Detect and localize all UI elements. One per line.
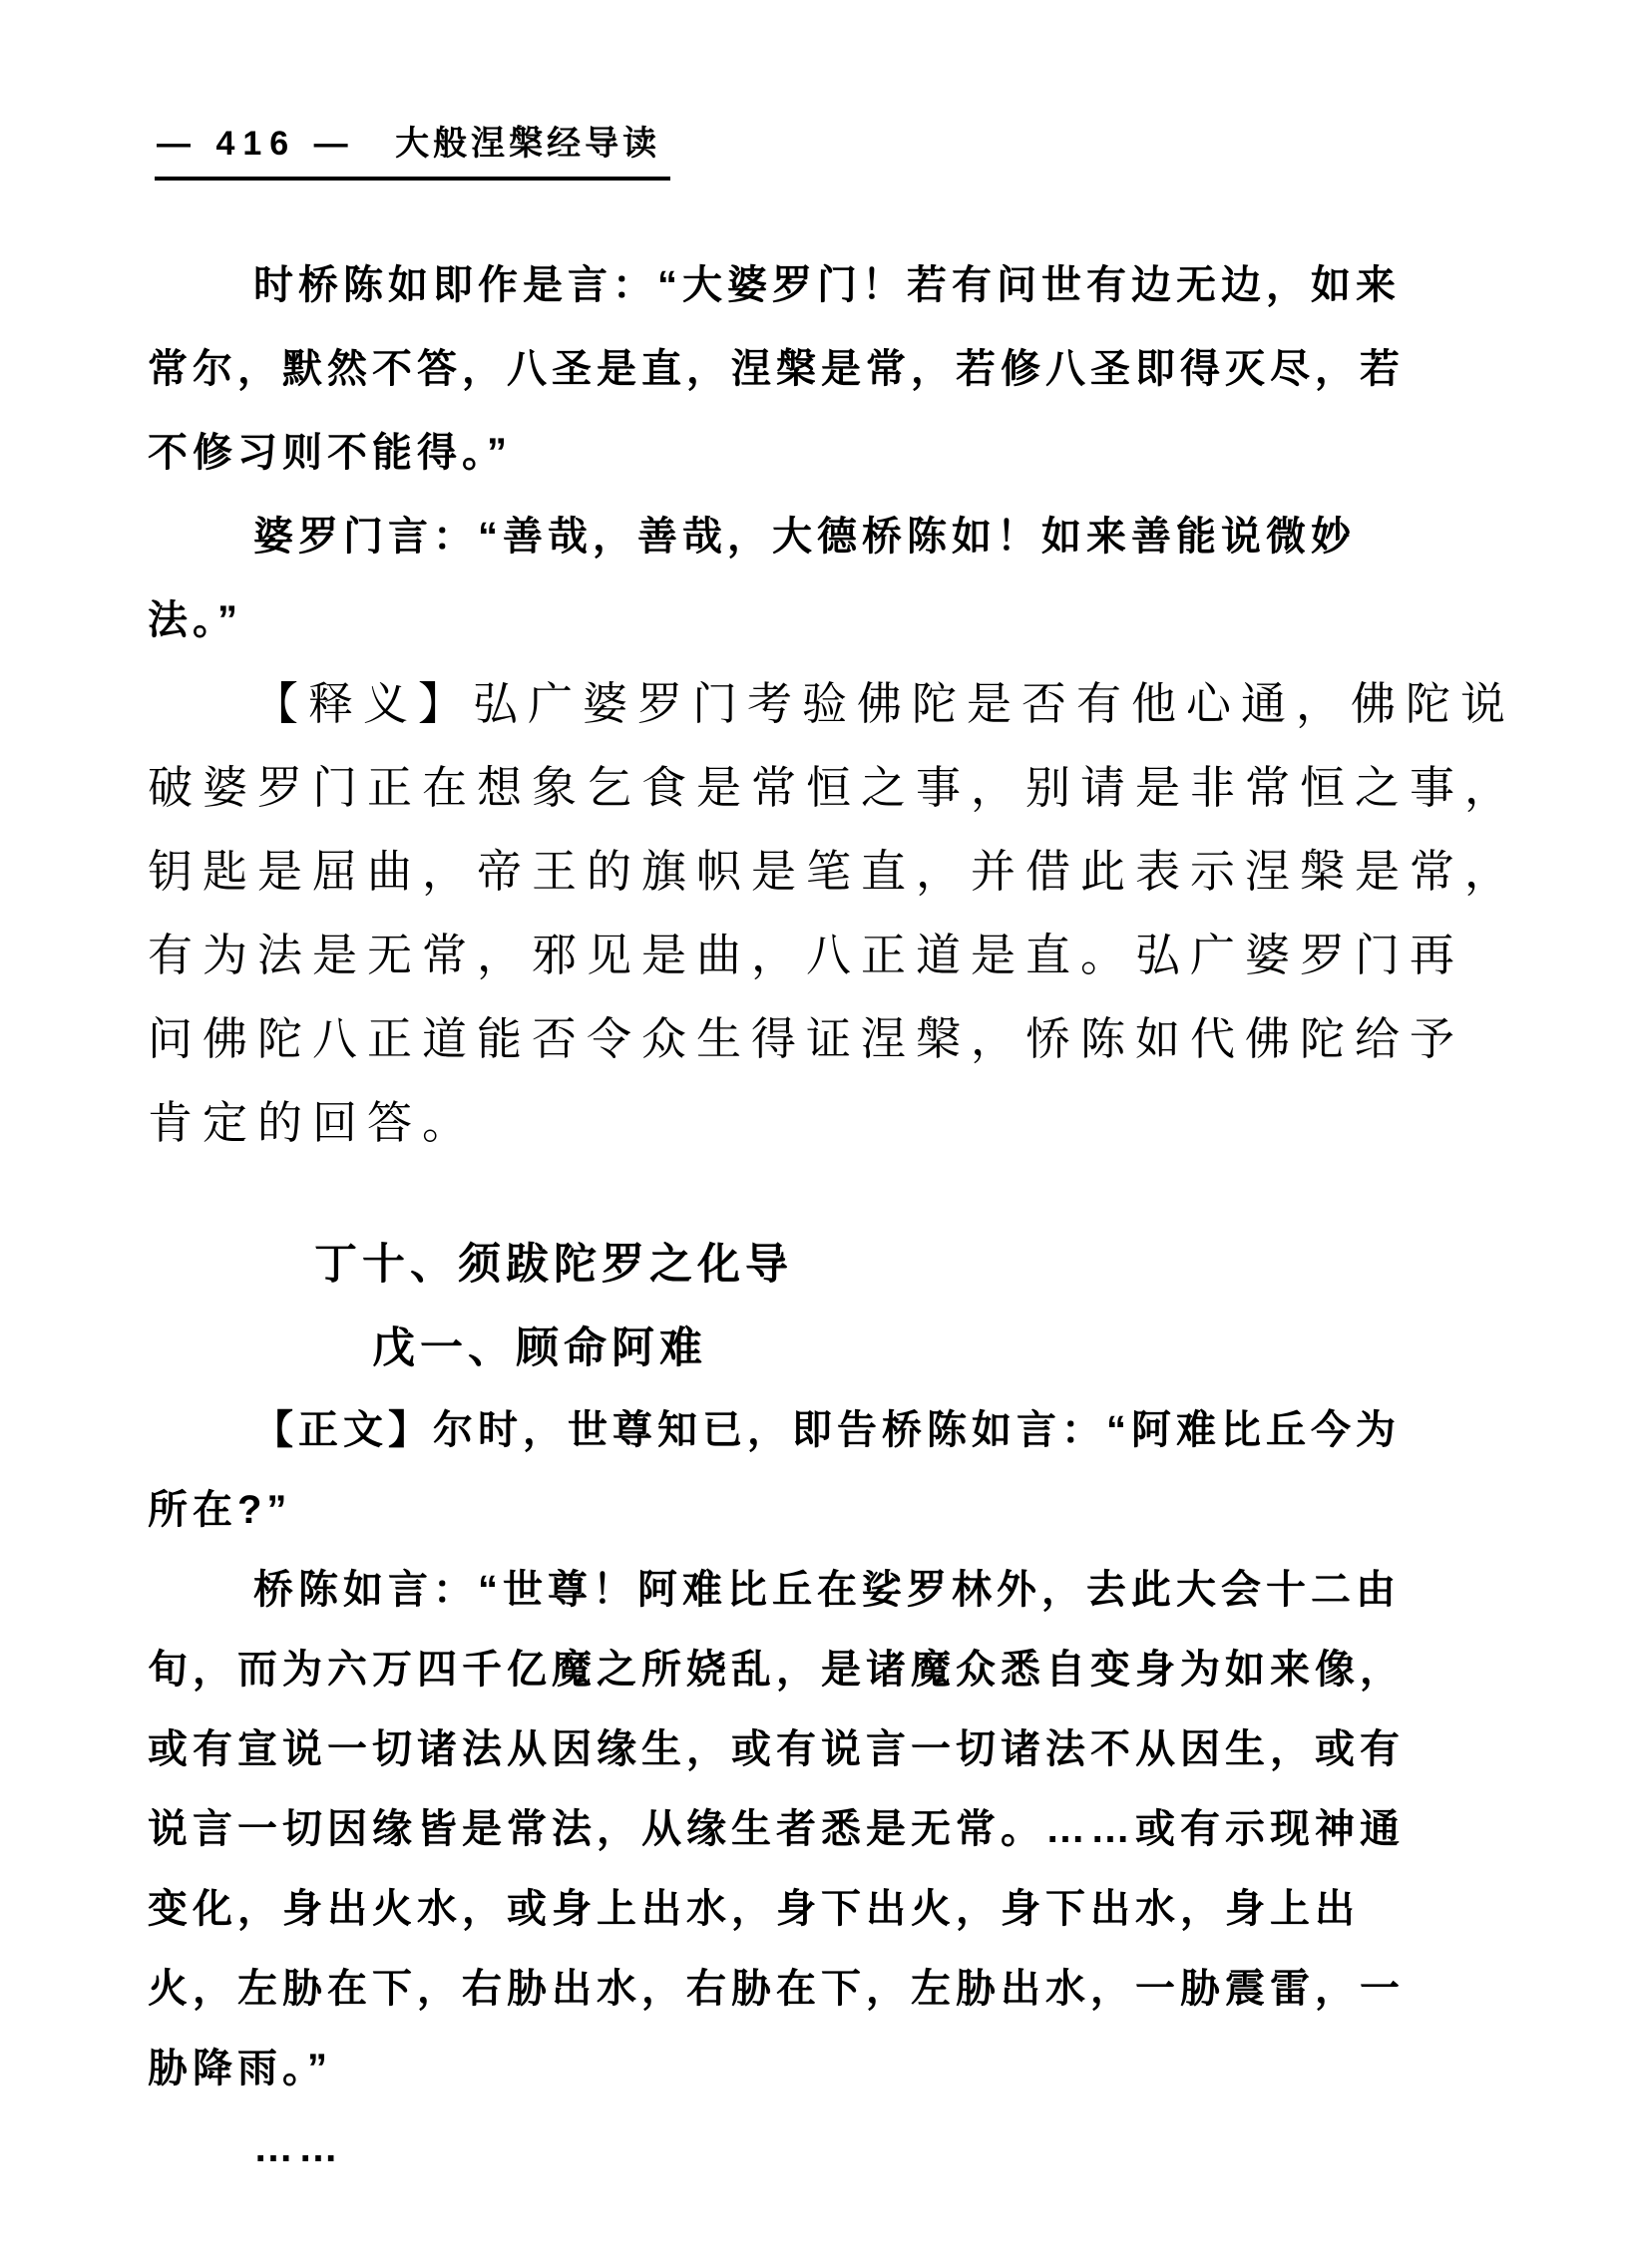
scripture-line: 所在?” [148,1470,1496,1550]
quote-line: 婆罗门言：“善哉，善哉，大德桥陈如！如来善能说微妙 [148,495,1496,578]
commentary-line: 【释义】弘广婆罗门考验佛陀是否有他心通，佛陀说 [148,662,1496,746]
commentary-line: 破婆罗门正在想象乞食是常恒之事，别请是非常恒之事， [148,746,1496,830]
scripture-line: 或有宣说一切诸法从因缘生，或有说言一切诸法不从因生，或有 [148,1709,1496,1789]
section-heading-level2: 戊一、顾命阿难 [148,1307,1496,1390]
ellipsis-line: …… [148,2108,1496,2188]
quote-line: 不修习则不能得。” [148,411,1496,495]
scripture-line: 说言一切因缘皆是常法，从缘生者悉是无常。……或有示现神通 [148,1789,1496,1869]
commentary-line: 有为法是无常，邪见是曲，八正道是直。弘广婆罗门再 [148,914,1496,997]
scripture-line: 旬，而为六万四千亿魔之所娆乱，是诸魔众悉自变身为如来像， [148,1630,1496,1709]
quote-line: 法。” [148,578,1496,662]
quote-line: 常尔，默然不答，八圣是直，涅槃是常，若修八圣即得灭尽，若 [148,327,1496,411]
running-header: — 416 — 大般涅槃经导读 [155,116,670,181]
page-body: 时桥陈如即作是言：“大婆罗门！若有问世有边无边，如来 常尔，默然不答，八圣是直，… [148,243,1496,2188]
section-heading-level1: 丁十、须跋陀罗之化导 [148,1223,1496,1307]
scripture-line: 【正文】尔时，世尊知已，即告桥陈如言：“阿难比丘今为 [148,1390,1496,1470]
book-page: — 416 — 大般涅槃经导读 时桥陈如即作是言：“大婆罗门！若有问世有边无边，… [0,0,1628,2268]
quote-line: 时桥陈如即作是言：“大婆罗门！若有问世有边无边，如来 [148,243,1496,327]
scripture-line: 火，左胁在下，右胁出水，右胁在下，左胁出水，一胁震雷，一 [148,1949,1496,2029]
commentary-line: 钥匙是屈曲，帝王的旗帜是笔直，并借此表示涅槃是常， [148,830,1496,914]
scripture-line: 变化，身出火水，或身上出水，身下出火，身下出水，身上出 [148,1869,1496,1949]
scripture-line: 胁降雨。” [148,2029,1496,2108]
page-number: — 416 — [157,125,356,163]
commentary-line: 问佛陀八正道能否令众生得证涅槃，㤭陈如代佛陀给予 [148,997,1496,1081]
scripture-line: 桥陈如言：“世尊！阿难比丘在娑罗林外，去此大会十二由 [148,1550,1496,1630]
commentary-line: 肯定的回答。 [148,1081,1496,1165]
book-title: 大般涅槃经导读 [395,125,660,163]
